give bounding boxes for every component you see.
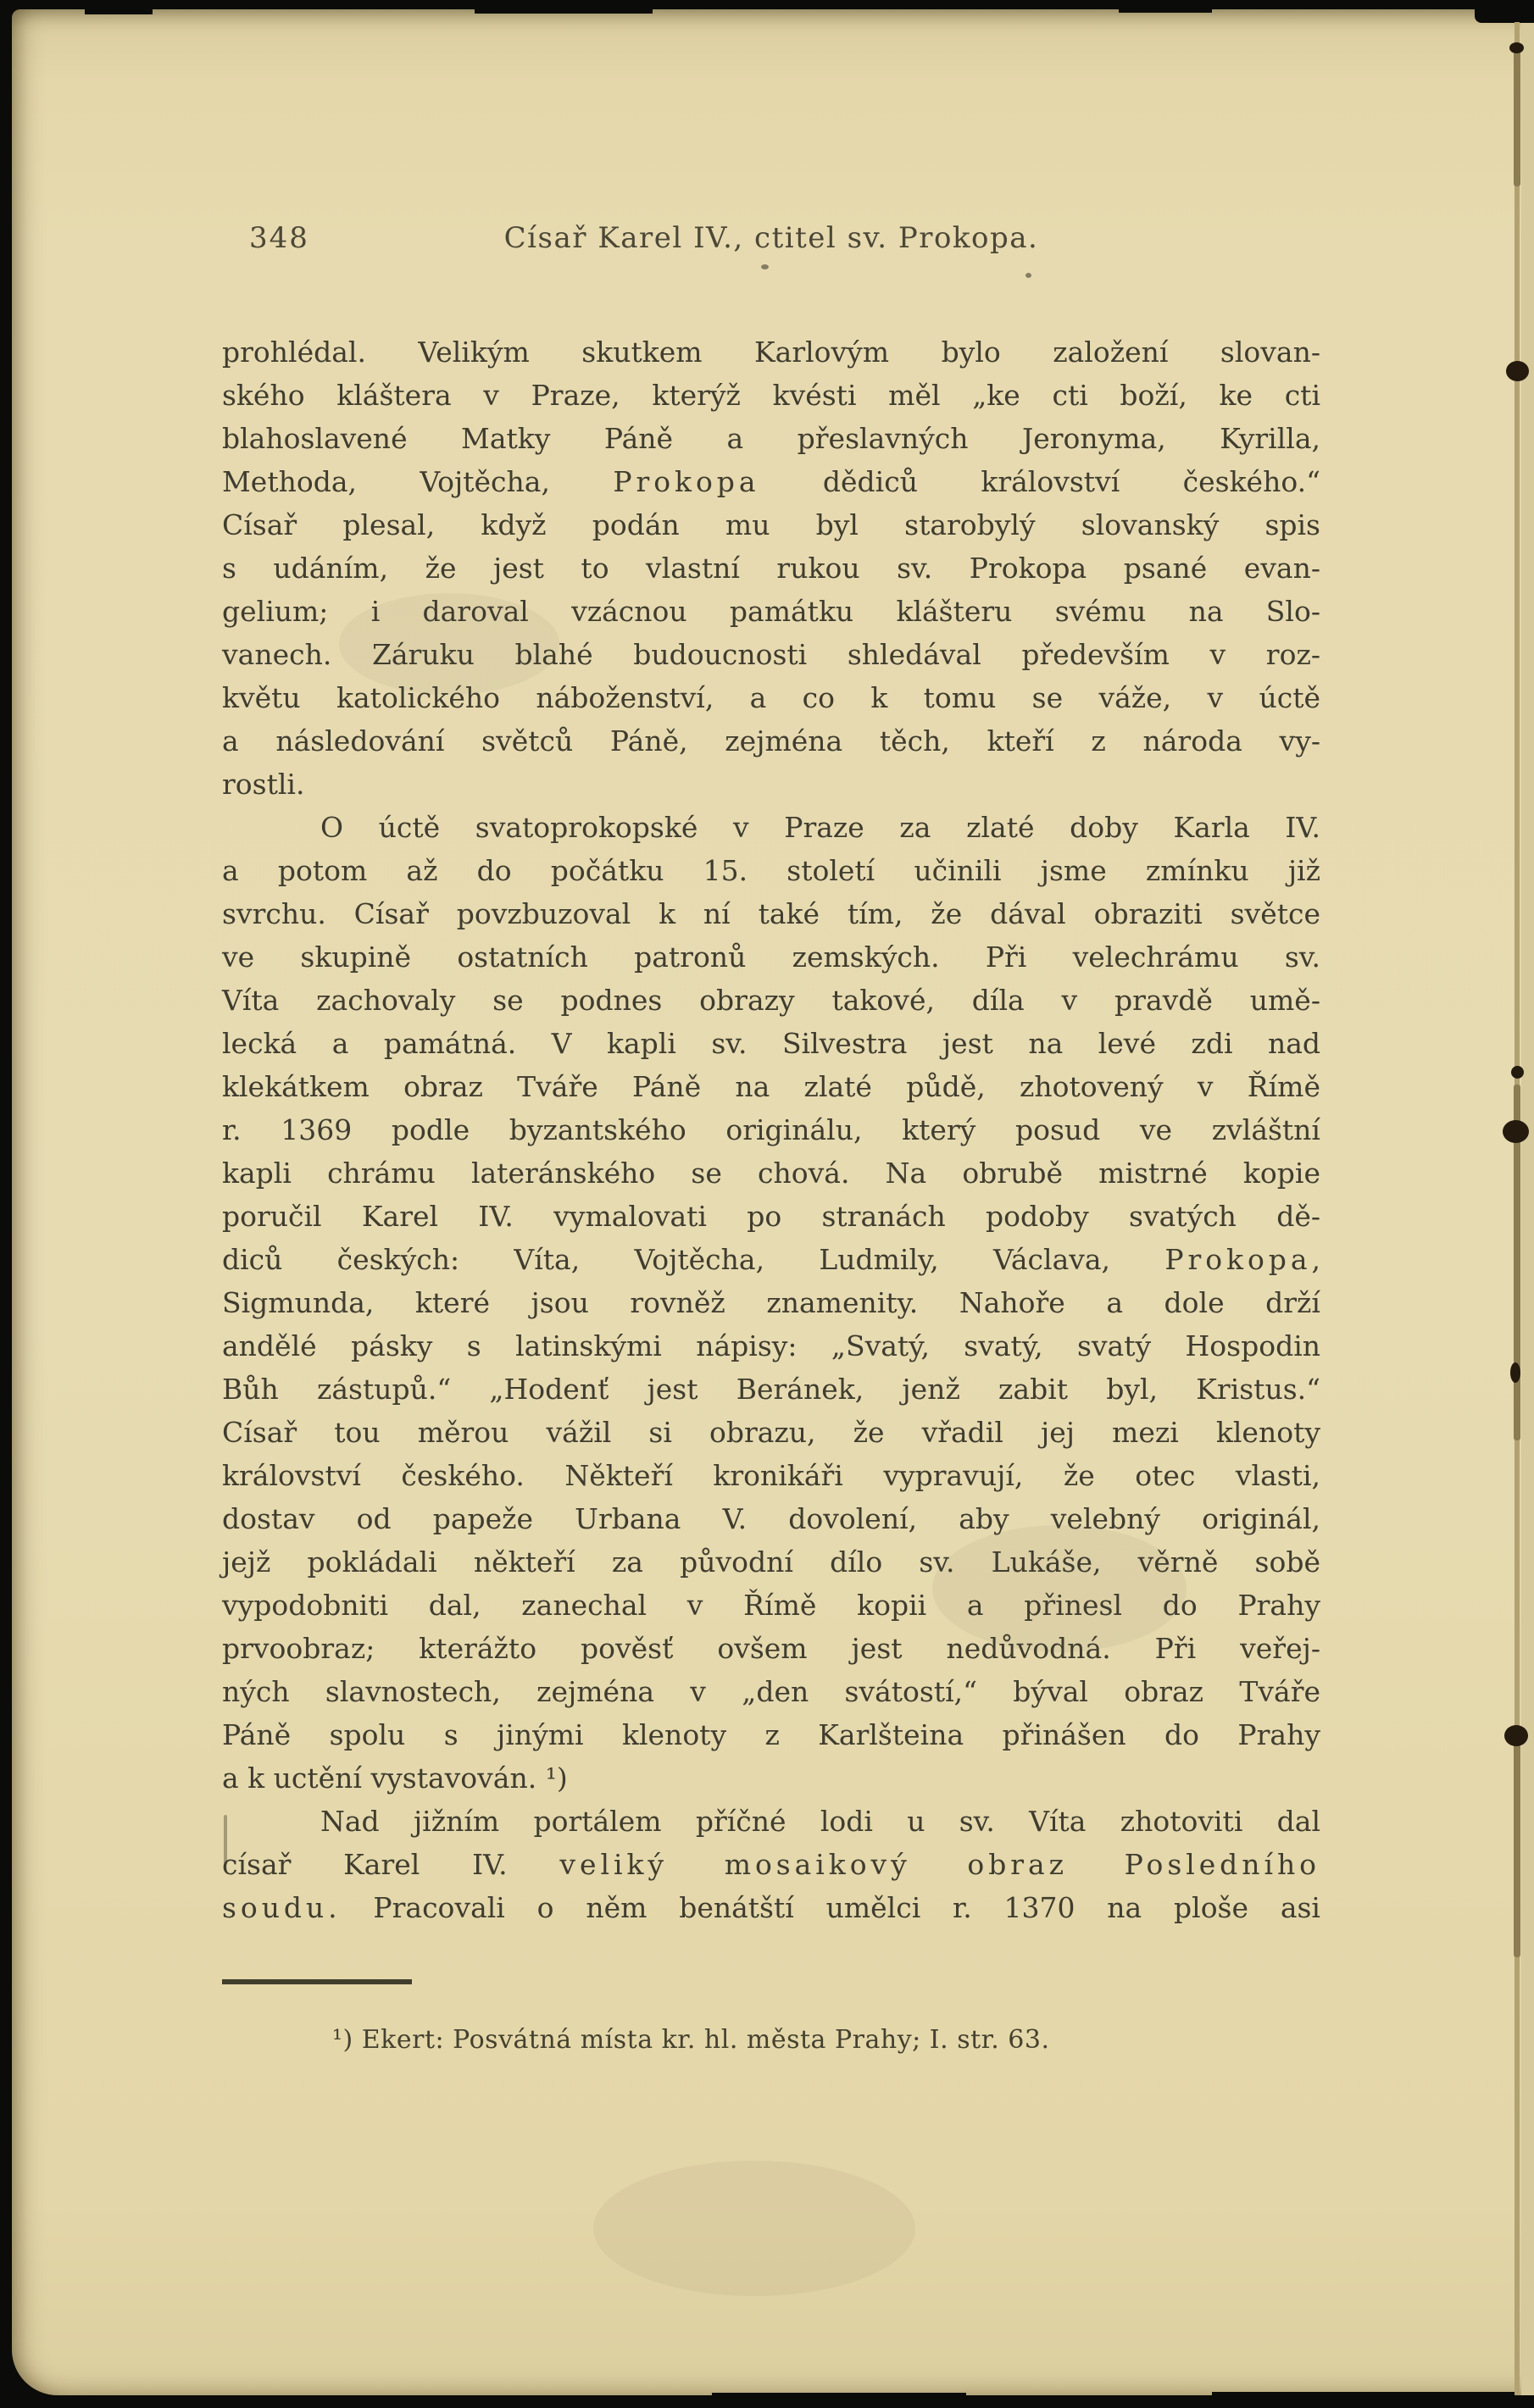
text-segment: a potom až do počátku 15. století učinil… [222,854,1320,887]
paper-smudge [593,2161,915,2296]
text-segment: Víta zachovaly se podnes obrazy takové, … [222,984,1320,1017]
text-line: Císař tou měrou vážil si obrazu, že vřad… [222,1411,1320,1454]
paper-speck [1025,273,1031,278]
text-line: lecká a památná. V kapli sv. Silvestra j… [222,1022,1320,1065]
text-line: Methoda, Vojtěcha, Prokopa dědiců králov… [222,460,1320,503]
text-line: r. 1369 podle byzantského originálu, kte… [222,1108,1320,1151]
scan-border-ragged-edge [1212,2392,1517,2396]
text-line: květu katolického náboženství, a co k to… [222,676,1320,719]
text-segment: , [1312,1243,1321,1276]
text-line: Víta zachovaly se podnes obrazy takové, … [222,979,1320,1022]
text-segment: Císař plesal, když podán mu byl starobyl… [222,508,1320,541]
text-segment: a k uctění vystavován. ¹) [222,1762,568,1795]
text-line: vypodobniti dal, zanechal v Římě kopii a… [222,1584,1320,1627]
text-segment: blahoslavené Matky Páně a přeslavných Je… [222,422,1320,455]
text-line: soudu. Pracovali o něm benátští umělci r… [222,1886,1320,1929]
scan-border-ragged-edge [712,2393,966,2396]
scan-border-ragged-edge [475,9,653,14]
text-segment: r. 1369 podle byzantského originálu, kte… [222,1113,1320,1146]
text-segment: svrchu. Císař povzbuzoval k ní také tím,… [222,897,1320,930]
ink-blot [1503,1120,1529,1143]
footnote-separator-rule [222,1979,412,1984]
text-segment: ského kláštera v Praze, kterýž kvésti mě… [222,379,1320,412]
text-segment: prvoobraz; kterážto pověsť ovšem jest ne… [222,1632,1320,1665]
text-segment: vypodobniti dal, zanechal v Římě kopii a… [222,1589,1320,1622]
text-line: rostli. [222,763,1320,806]
emphasized-spaced-text: Prokopa [613,465,759,498]
text-line: svrchu. Císař povzbuzoval k ní také tím,… [222,892,1320,935]
text-line: Bůh zástupů.“ „Hodenť jest Beránek, jenž… [222,1368,1320,1411]
text-segment: O úctě svatoprokopské v Praze za zlaté d… [320,811,1320,844]
text-line: diců českých: Víta, Vojtěcha, Ludmily, V… [222,1238,1320,1281]
text-segment: Nad jižním portálem příčné lodi u sv. Ví… [320,1805,1320,1838]
text-segment: lecká a památná. V kapli sv. Silvestra j… [222,1027,1320,1060]
text-line: království českého. Někteří kronikáři vy… [222,1454,1320,1497]
ink-blot [1509,42,1524,53]
footnote-text: ¹) Ekert: Posvátná místa kr. hl. města P… [332,2025,1050,2055]
ink-blot [1506,361,1529,381]
text-line: a následování světců Páně, zejména těch,… [222,719,1320,763]
page-edge-crease-dark [1514,51,1520,186]
text-line: jejž pokládali někteří za původní dílo s… [222,1540,1320,1584]
scanned-book-page: 348 Císař Karel IV., ctitel sv. Prokopa.… [0,0,1534,2408]
running-title: Císař Karel IV., ctitel sv. Prokopa. [222,221,1320,255]
text-line: ve skupině ostatních patronů zemských. P… [222,935,1320,979]
text-segment: Bůh zástupů.“ „Hodenť jest Beránek, jenž… [222,1373,1320,1406]
emphasized-spaced-text: soudu. [222,1891,342,1924]
text-line: andělé pásky s latinskými nápisy: „Svatý… [222,1324,1320,1368]
page-header: 348 Císař Karel IV., ctitel sv. Prokopa. [222,221,1320,260]
page-edge-crease-dark [1514,1737,1520,1957]
text-segment: Pracovali o něm benátští umělci r. 1370 … [342,1891,1320,1924]
scan-border-top [0,0,1534,9]
text-segment: rostli. [222,768,304,801]
text-segment: království českého. Někteří kronikáři vy… [222,1459,1320,1492]
body-text: prohlédal. Velikým skutkem Karlovým bylo… [222,330,1320,1929]
text-segment: květu katolického náboženství, a co k to… [222,681,1320,714]
text-segment: jejž pokládali někteří za původní dílo s… [222,1545,1320,1579]
scan-border-ragged-edge [85,9,153,14]
text-line: s udáním, že jest to vlastní rukou sv. P… [222,547,1320,590]
text-line: dostav od papeže Urbana V. dovolení, aby… [222,1497,1320,1540]
text-line: Sigmunda, které jsou rovněž znamenity. N… [222,1281,1320,1324]
text-segment: kapli chrámu lateránského se chová. Na o… [222,1157,1320,1190]
text-line: poručil Karel IV. vymalovati po stranách… [222,1195,1320,1238]
scan-border-left [0,0,12,2408]
text-line: O úctě svatoprokopské v Praze za zlaté d… [222,806,1320,849]
emphasized-spaced-text: Prokopa [1164,1243,1311,1276]
text-line: prohlédal. Velikým skutkem Karlovým bylo… [222,330,1320,374]
text-line: vanech. Záruku blahé budoucnosti shledáv… [222,633,1320,676]
text-line: ných slavnostech, zejména v „den svátost… [222,1670,1320,1713]
text-line: Páně spolu s jinými klenoty z Karlšteina… [222,1713,1320,1756]
text-segment: císař Karel IV. [222,1848,559,1881]
text-segment: poručil Karel IV. vymalovati po stranách… [222,1200,1320,1233]
text-line: Císař plesal, když podán mu byl starobyl… [222,503,1320,547]
text-segment: dostav od papeže Urbana V. dovolení, aby… [222,1502,1320,1535]
scan-border-bottom [0,2395,1534,2408]
text-segment: ve skupině ostatních patronů zemských. P… [222,940,1320,974]
text-line: a potom až do počátku 15. století učinil… [222,849,1320,892]
text-line: císař Karel IV. veliký mosaikový obraz P… [222,1843,1320,1886]
text-line: gelium; i daroval vzácnou památku klášte… [222,590,1320,633]
ink-blot [1511,1066,1524,1079]
text-segment: gelium; i daroval vzácnou památku klášte… [222,595,1320,628]
text-segment: Methoda, Vojtěcha, [222,465,613,498]
text-segment: klekátkem obraz Tváře Páně na zlaté půdě… [222,1070,1320,1103]
scan-border-top-right [1475,0,1534,23]
text-line: Nad jižním portálem příčné lodi u sv. Ví… [222,1800,1320,1843]
text-line: prvoobraz; kterážto pověsť ovšem jest ne… [222,1627,1320,1670]
text-segment: dědiců království českého.“ [760,465,1320,498]
text-segment: a následování světců Páně, zejména těch,… [222,724,1320,757]
text-segment: Sigmunda, které jsou rovněž znamenity. N… [222,1286,1320,1319]
text-line: klekátkem obraz Tváře Páně na zlaté půdě… [222,1065,1320,1108]
text-segment: s udáním, že jest to vlastní rukou sv. P… [222,552,1320,585]
emphasized-spaced-text: veliký mosaikový obraz Posledního [559,1848,1320,1881]
text-segment: prohlédal. Velikým skutkem Karlovým bylo… [222,336,1320,369]
text-line: ského kláštera v Praze, kterýž kvésti mě… [222,374,1320,417]
ink-blot [1504,1725,1528,1746]
text-line: blahoslavené Matky Páně a přeslavných Je… [222,417,1320,460]
paper-speck [761,264,769,269]
text-segment: Páně spolu s jinými klenoty z Karlšteina… [222,1718,1320,1751]
text-segment: ných slavnostech, zejména v „den svátost… [222,1675,1320,1708]
text-segment: vanech. Záruku blahé budoucnosti shledáv… [222,638,1320,671]
text-segment: andělé pásky s latinskými nápisy: „Svatý… [222,1329,1320,1362]
text-line: a k uctění vystavován. ¹) [222,1756,1320,1800]
text-segment: Císař tou měrou vážil si obrazu, že vřad… [222,1416,1320,1449]
ink-blot [1510,1362,1520,1383]
text-segment: diců českých: Víta, Vojtěcha, Ludmily, V… [222,1243,1164,1276]
scan-border-ragged-edge [1119,9,1212,13]
text-line: kapli chrámu lateránského se chová. Na o… [222,1151,1320,1195]
